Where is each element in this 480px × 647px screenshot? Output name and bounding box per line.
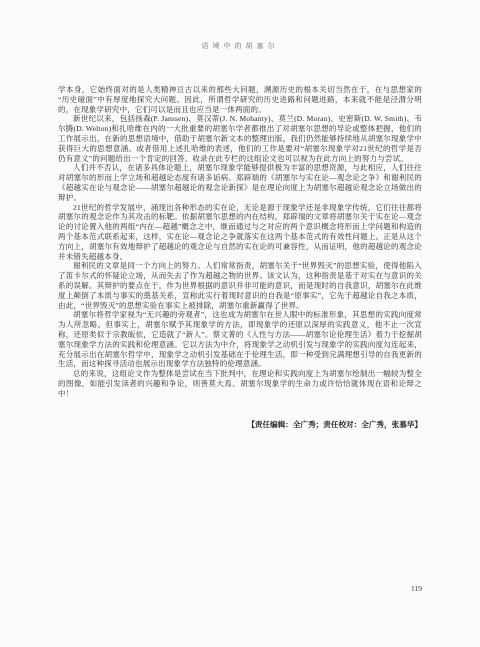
paragraph: 新世纪以来，包括扬森(P. Janssen)、莫汉蒂(J. N. Mohanty… (58, 114, 422, 163)
page-number: 119 (411, 584, 422, 593)
article-body: 学本身，它始终面对的是人类精神亘古以来的那些大问题，溯源历史的根本关切当然在于，… (58, 85, 422, 430)
paragraph: 胡塞尔将哲学家视为“无兴趣的旁观者”，这也成为胡塞尔在世人眼中的标准形象，其思想… (58, 310, 422, 369)
running-header: 语境中的胡塞尔 (0, 41, 480, 51)
paragraph-continuation: 学本身，它始终面对的是人类精神亘古以来的那些大问题，溯源历史的根本关切当然在于，… (58, 85, 422, 114)
editor-credit-line: 【责任编辑：全广秀；责任校对：全广秀，张慕华】 (58, 419, 422, 430)
scanned-journal-page: 语境中的胡塞尔 学本身，它始终面对的是人类精神亘古以来的那些大问题，溯源历史的根… (0, 0, 480, 647)
paragraph: 总的来说，这组论文作为整体是尝试在当下批判中，在理论和实践向度上为胡塞尔绘制出一… (58, 369, 422, 398)
paragraph: 21世纪的哲学发展中，涌现出各种形态的实在论，无论是源于现象学还是非现象学传统，… (58, 203, 422, 262)
paragraph: 人们并不否认，在诸多具体论题上，胡塞尔现象学能够提供极为丰富的思想资源，与此相应… (58, 163, 422, 202)
paragraph: 谢利民的文章是同一个方向上的努力。人们常常指责，胡塞尔关于“世界毁灭”的思想实验… (58, 261, 422, 310)
